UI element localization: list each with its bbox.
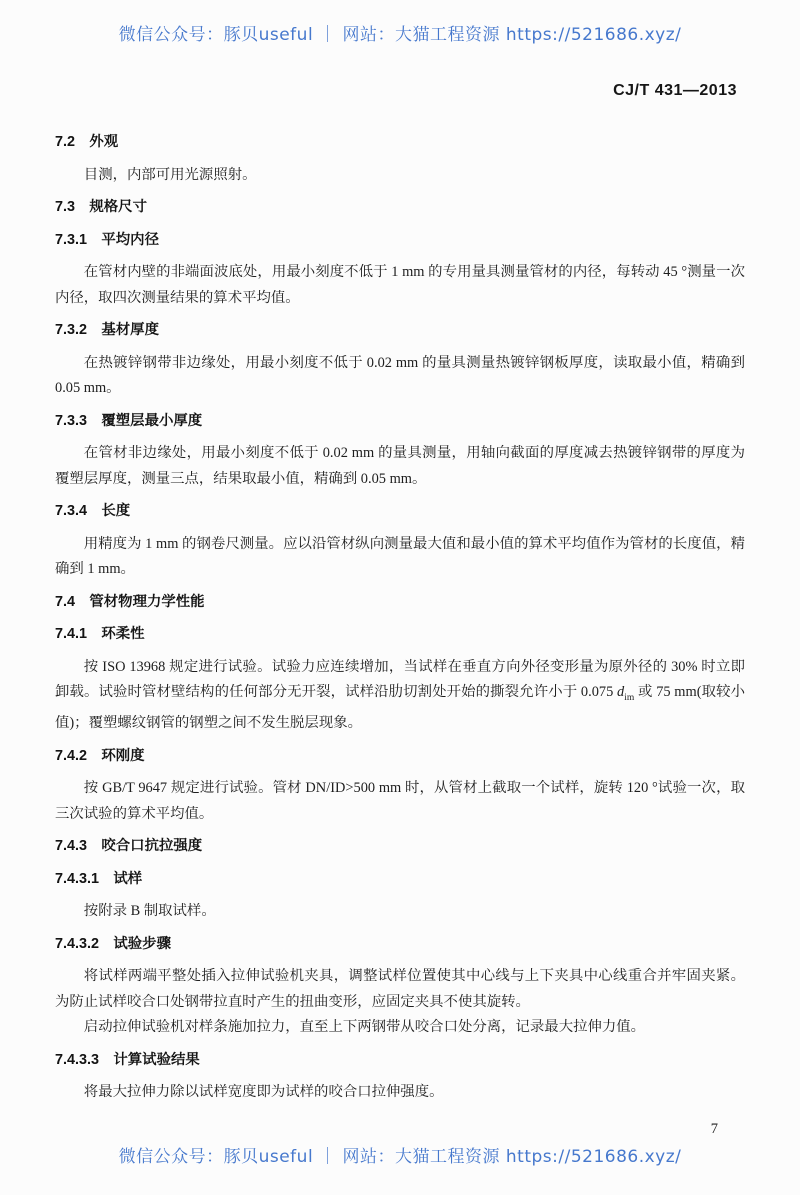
paragraph: 将试样两端平整处插入拉伸试验机夹具，调整试样位置使其中心线与上下夹具中心线重合并… [55, 964, 745, 1015]
section-heading: 7.3.2 基材厚度 [55, 318, 745, 344]
doc-number: CJ/T 431—2013 [613, 82, 737, 100]
paragraph: 在管材内壁的非端面波底处，用最小刻度不低于 1 mm 的专用量具测量管材的内径，… [55, 260, 745, 311]
section-heading: 7.4 管材物理力学性能 [55, 590, 745, 616]
watermark-top: 微信公众号：豚贝useful ｜ 网站：大猫工程资源 https://52168… [0, 20, 800, 45]
section-heading: 7.4.3.2 试验步骤 [55, 932, 745, 958]
variable-subscript: im [624, 693, 634, 703]
paragraph: 将最大拉伸力除以试样宽度即为试样的咬合口拉伸强度。 [55, 1080, 745, 1106]
paragraph: 按 ISO 13968 规定进行试验。试验力应连续增加，当试样在垂直方向外径变形… [55, 655, 745, 737]
section-heading: 7.4.3.3 计算试验结果 [55, 1048, 745, 1074]
section-heading: 7.4.3.1 试样 [55, 867, 745, 893]
section-heading: 7.3.1 平均内径 [55, 228, 745, 254]
paragraph: 启动拉伸试验机对样条施加拉力，直至上下两钢带从咬合口处分离，记录最大拉伸力值。 [55, 1015, 745, 1041]
section-heading: 7.4.3 咬合口抗拉强度 [55, 834, 745, 860]
paragraph: 按附录 B 制取试样。 [55, 899, 745, 925]
section-heading: 7.3.4 长度 [55, 499, 745, 525]
section-heading: 7.3 规格尺寸 [55, 195, 745, 221]
watermark-bottom: 微信公众号：豚贝useful ｜ 网站：大猫工程资源 https://52168… [0, 1142, 800, 1167]
document-body: 7.2 外观目测，内部可用光源照射。7.3 规格尺寸7.3.1 平均内径在管材内… [55, 130, 745, 1106]
section-heading: 7.4.2 环刚度 [55, 744, 745, 770]
section-heading: 7.4.1 环柔性 [55, 622, 745, 648]
section-heading: 7.2 外观 [55, 130, 745, 156]
paragraph: 按 GB/T 9647 规定进行试验。管材 DN/ID>500 mm 时，从管材… [55, 776, 745, 827]
paragraph: 在热镀锌钢带非边缘处，用最小刻度不低于 0.02 mm 的量具测量热镀锌钢板厚度… [55, 351, 745, 402]
paragraph: 用精度为 1 mm 的钢卷尺测量。应以沿管材纵向测量最大值和最小值的算术平均值作… [55, 532, 745, 583]
paragraph: 在管材非边缘处，用最小刻度不低于 0.02 mm 的量具测量，用轴向截面的厚度减… [55, 441, 745, 492]
section-heading: 7.3.3 覆塑层最小厚度 [55, 409, 745, 435]
paragraph: 目测，内部可用光源照射。 [55, 163, 745, 189]
page-number: 7 [711, 1121, 718, 1138]
